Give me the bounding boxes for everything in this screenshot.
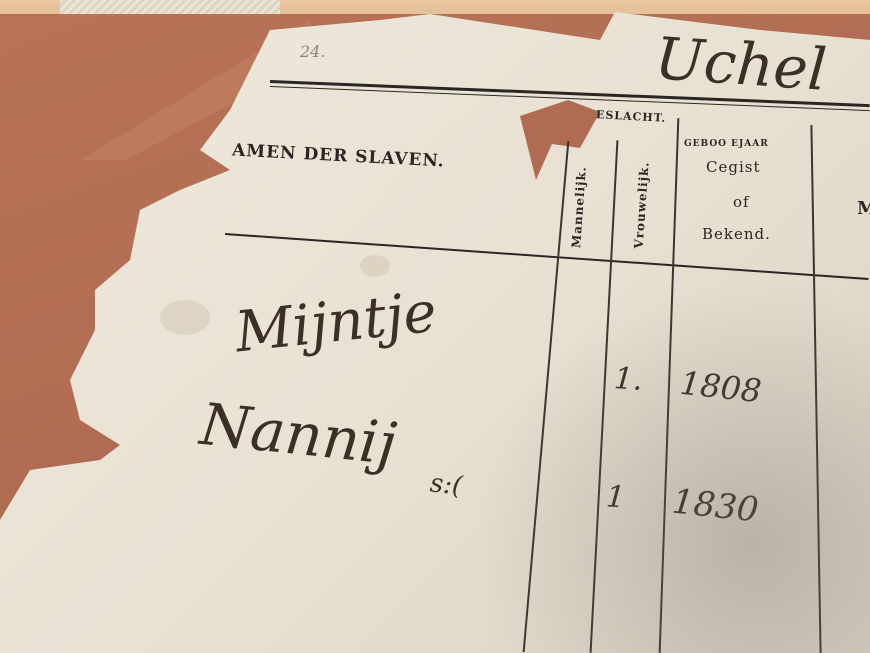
column-header-geboortejaar: GEBOO EJAAR bbox=[684, 139, 769, 149]
shadow-overlay bbox=[470, 280, 870, 653]
column-header-geboortejaar-2: Cegist bbox=[706, 158, 760, 176]
column-header-geboortejaar-4: Bekend. bbox=[702, 225, 771, 243]
column-header-geboortejaar-3: of bbox=[733, 193, 750, 211]
paper-stain bbox=[360, 255, 390, 277]
heading-script: Uchel bbox=[653, 24, 829, 104]
column-header-partial: M bbox=[857, 198, 870, 219]
paper-stain bbox=[160, 300, 210, 335]
row-2-name-suffix: s:( bbox=[429, 468, 464, 501]
page-number: 24. bbox=[300, 42, 325, 61]
photo-scene: 24. Uchel AMEN DER SLAVEN. ESLACHT. Mann… bbox=[0, 0, 870, 653]
